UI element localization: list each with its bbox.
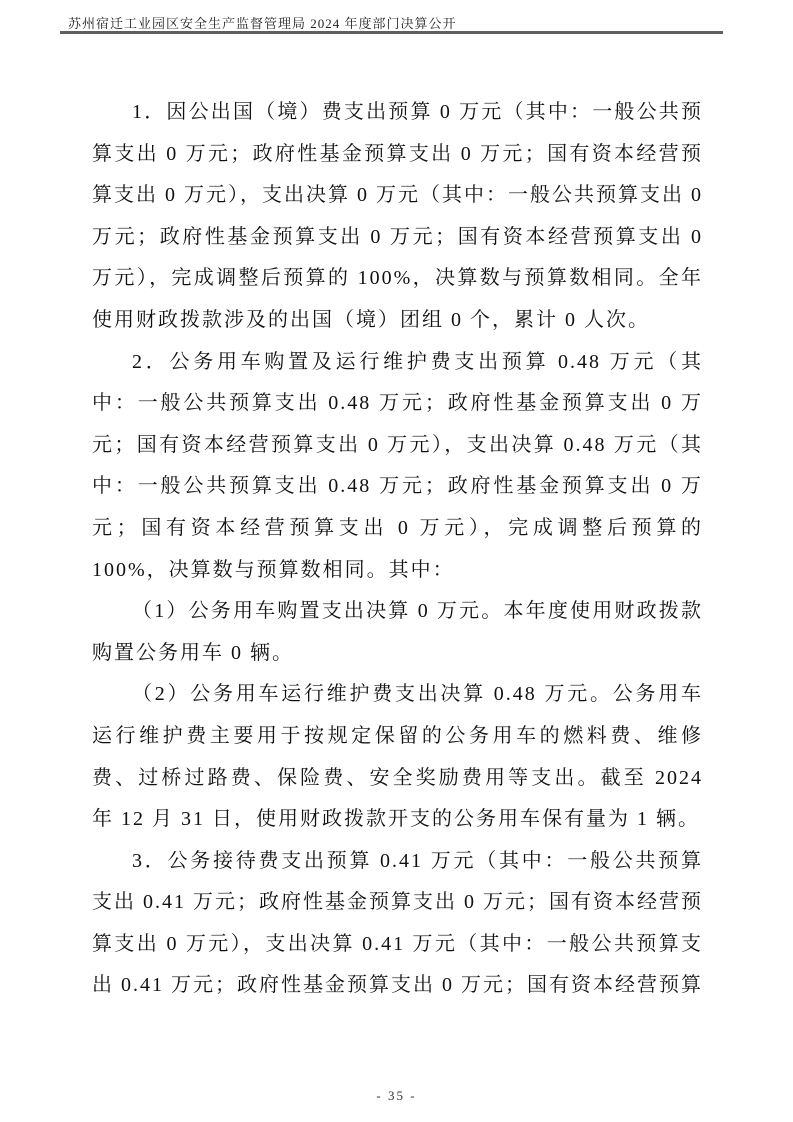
document-body: 1．因公出国（境）费支出预算 0 万元（其中：一般公共预算支出 0 万元；政府性… [92, 92, 703, 1007]
paragraph-1: 1．因公出国（境）费支出预算 0 万元（其中：一般公共预算支出 0 万元；政府性… [92, 92, 703, 342]
header-divider [60, 31, 723, 34]
page-number: - 35 - [376, 1088, 416, 1103]
paragraph-3: （1）公务用车购置支出决算 0 万元。本年度使用财政拨款购置公务用车 0 辆。 [92, 591, 703, 674]
header-title: 苏州宿迁工业园区安全生产监督管理局 2024 年度部门决算公开 [68, 16, 457, 31]
paragraph-5: 3．公务接待费支出预算 0.41 万元（其中：一般公共预算支出 0.41 万元；… [92, 841, 703, 1007]
page-header: 苏州宿迁工业园区安全生产监督管理局 2024 年度部门决算公开 [68, 13, 457, 32]
document-page: 苏州宿迁工业园区安全生产监督管理局 2024 年度部门决算公开 1．因公出国（境… [0, 0, 793, 1122]
page-footer: - 35 - [0, 1088, 793, 1104]
paragraph-4: （2）公务用车运行维护费支出决算 0.48 万元。公务用车运行维护费主要用于按规… [92, 674, 703, 840]
paragraph-2: 2．公务用车购置及运行维护费支出预算 0.48 万元（其中：一般公共预算支出 0… [92, 342, 703, 592]
